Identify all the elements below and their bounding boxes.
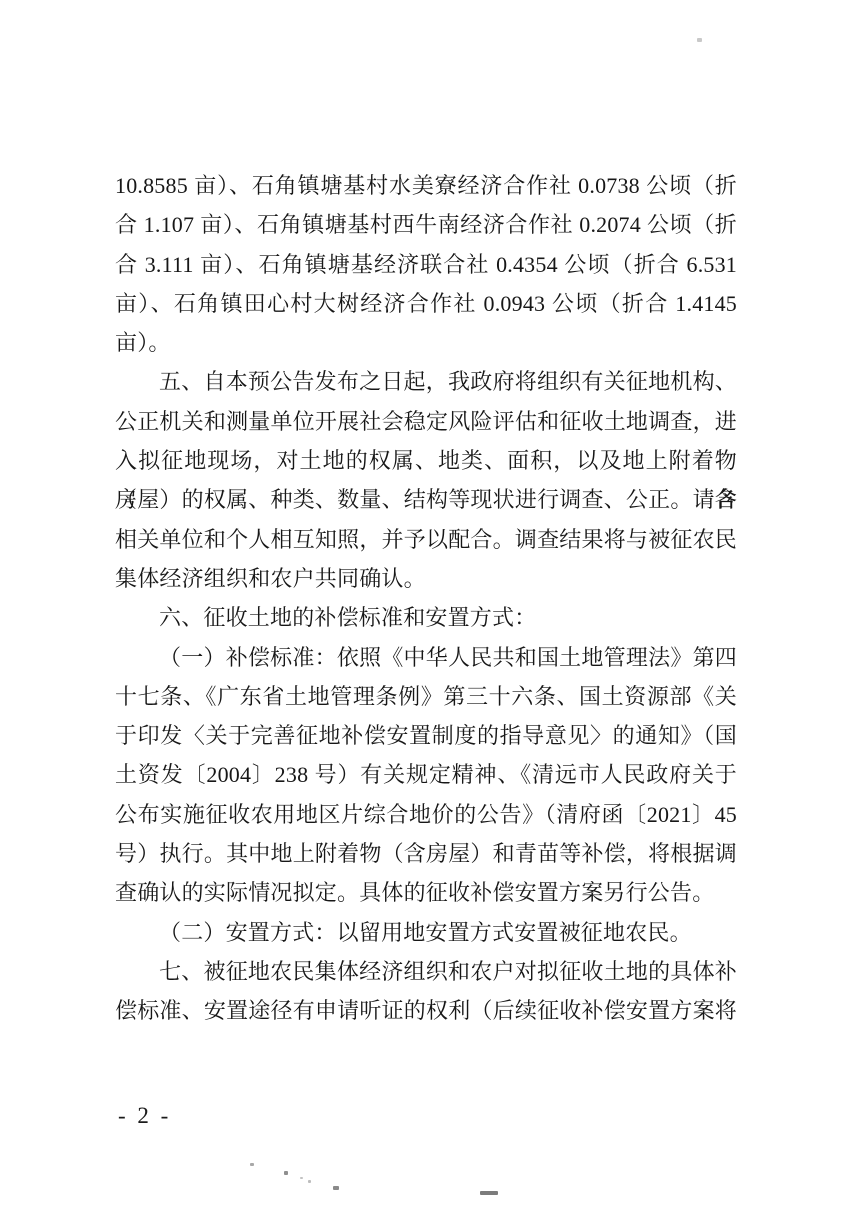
text-line: 六、征收土地的补偿标准和安置方式： (115, 598, 737, 637)
text-line: 房屋）的权属、种类、数量、结构等现状进行调查、公正。请各 (115, 480, 737, 519)
text-line: 土资发〔2004〕238 号）有关规定精神、《清远市人民政府关于 (115, 755, 737, 794)
text-line: 公正机关和测量单位开展社会稳定风险评估和征收土地调查，进 (115, 402, 737, 441)
text-line: 七、被征地农民集体经济组织和农户对拟征收土地的具体补 (115, 952, 737, 991)
scan-artifact (697, 38, 702, 42)
text-line: 五、自本预公告发布之日起，我政府将组织有关征地机构、 (115, 362, 737, 401)
page-number: - 2 - (118, 1103, 171, 1129)
text-line: 公布实施征收农用地区片综合地价的公告》（清府函〔2021〕45 (115, 795, 737, 834)
text-line: 合 3.111 亩）、石角镇塘基经济联合社 0.4354 公顷（折合 6.531 (115, 245, 737, 284)
text-line: 号）执行。其中地上附着物（含房屋）和青苗等补偿，将根据调 (115, 834, 737, 873)
text-line: 偿标准、安置途径有申请听证的权利（后续征收补偿安置方案将 (115, 991, 737, 1030)
scanned-document-page: 10.8585 亩）、石角镇塘基村水美寮经济合作社 0.0738 公顷（折合 1… (0, 0, 850, 1219)
text-line: 十七条、《广东省土地管理条例》第三十六条、国土资源部《关 (115, 677, 737, 716)
text-line: 亩）、石角镇田心村大树经济合作社 0.0943 公顷（折合 1.4145 (115, 284, 737, 323)
scan-artifact (333, 1186, 339, 1190)
scan-artifact (308, 1180, 311, 1183)
text-line: 相关单位和个人相互知照，并予以配合。调查结果将与被征农民 (115, 520, 737, 559)
text-line: 集体经济组织和农户共同确认。 (115, 559, 737, 598)
text-line: 合 1.107 亩）、石角镇塘基村西牛南经济合作社 0.2074 公顷（折 (115, 205, 737, 244)
text-line: 查确认的实际情况拟定。具体的征收补偿安置方案另行公告。 (115, 873, 737, 912)
scan-artifact (300, 1177, 303, 1179)
text-line: 亩）。 (115, 323, 737, 362)
scan-artifact (250, 1163, 254, 1166)
text-line: 10.8585 亩）、石角镇塘基村水美寮经济合作社 0.0738 公顷（折 (115, 166, 737, 205)
scan-artifact (284, 1171, 288, 1175)
text-line: （二）安置方式：以留用地安置方式安置被征地农民。 (115, 913, 737, 952)
document-body: 10.8585 亩）、石角镇塘基村水美寮经济合作社 0.0738 公顷（折合 1… (115, 166, 737, 1031)
scan-artifact (480, 1191, 498, 1195)
text-line: （一）补偿标准：依照《中华人民共和国土地管理法》第四 (115, 638, 737, 677)
text-line: 入拟征地现场，对土地的权属、地类、面积，以及地上附着物（含 (115, 441, 737, 480)
text-line: 于印发〈关于完善征地补偿安置制度的指导意见〉的通知》（国 (115, 716, 737, 755)
